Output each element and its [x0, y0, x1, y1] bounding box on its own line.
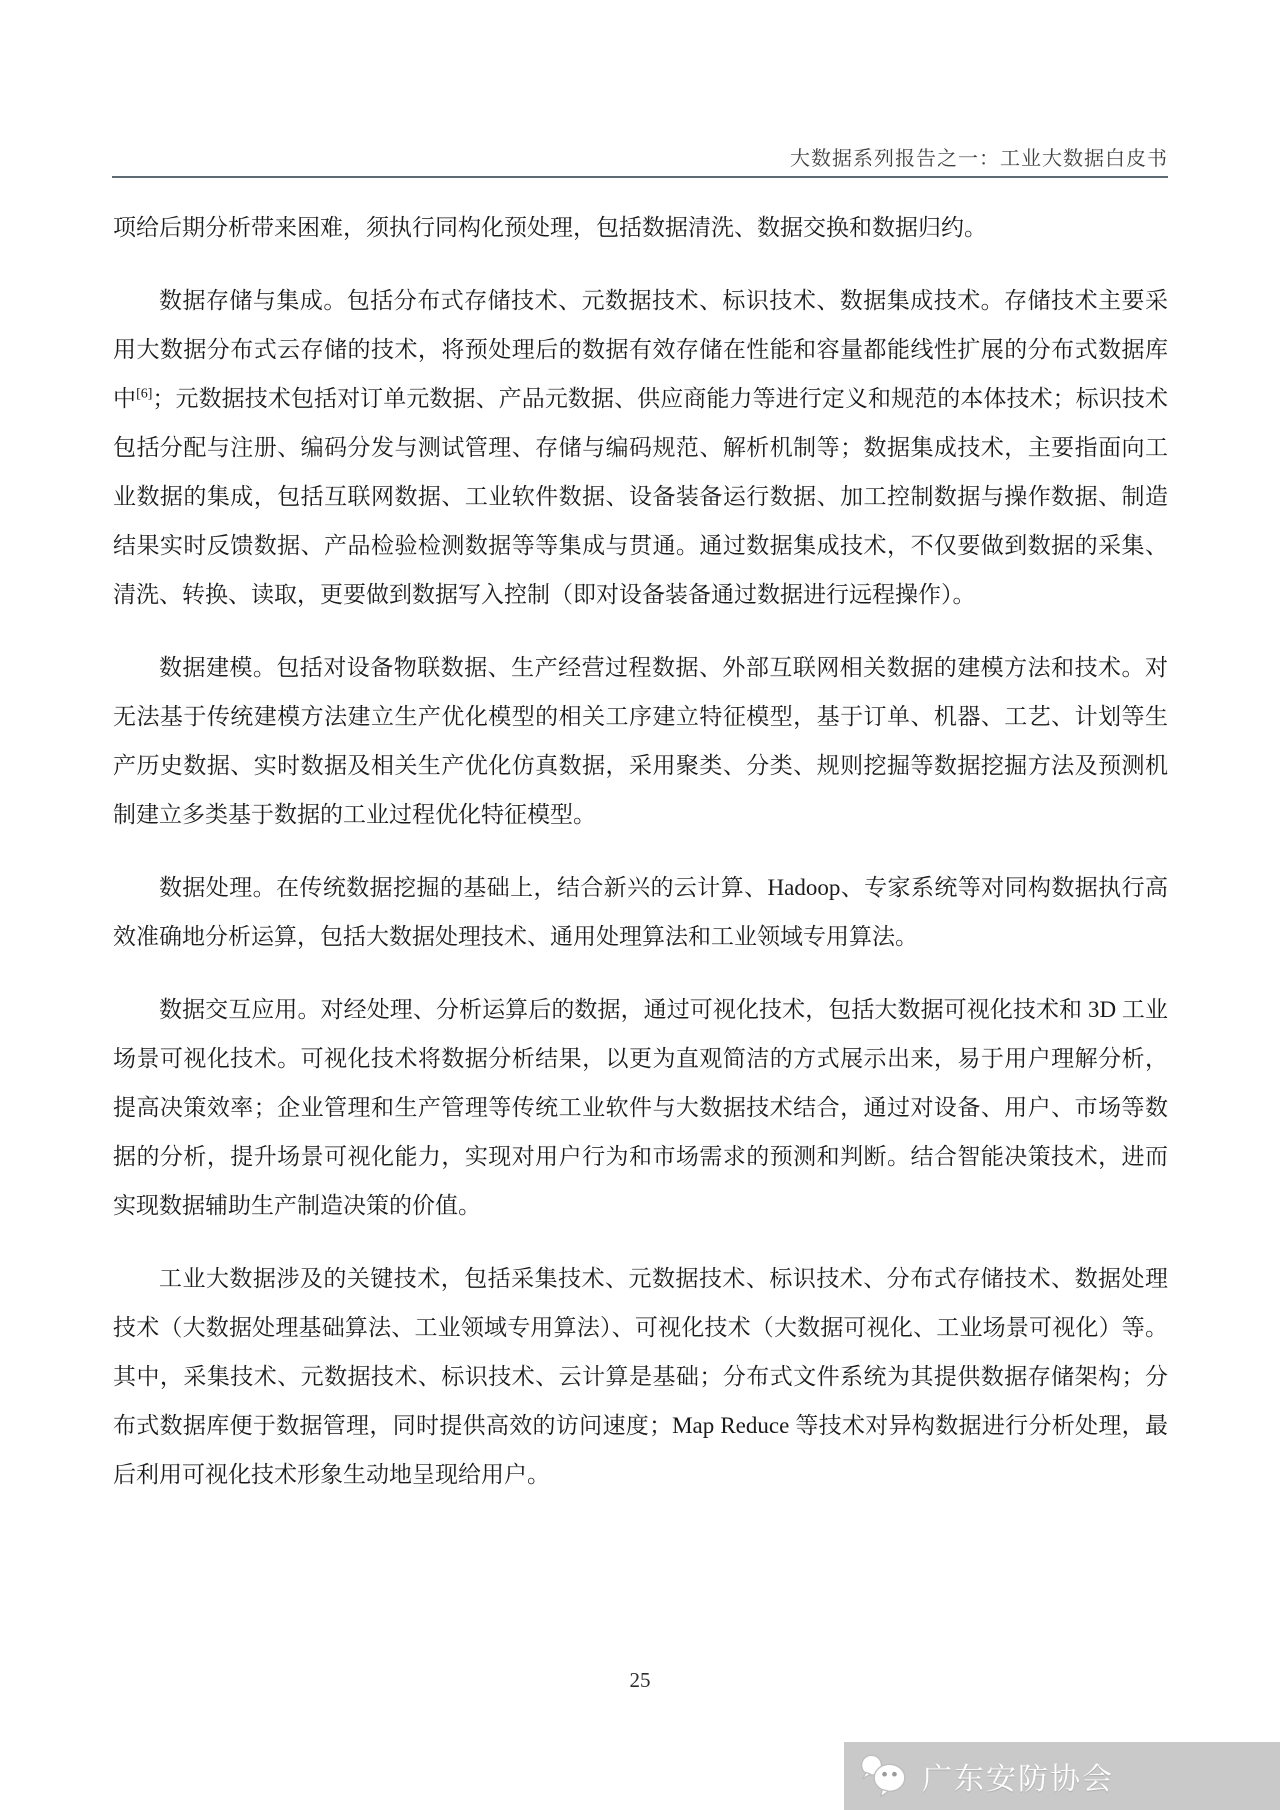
paragraph-data-modeling: 数据建模。包括对设备物联数据、生产经营过程数据、外部互联网相关数据的建模方法和技… — [113, 643, 1168, 839]
paragraph-segment: ；元数据技术包括对订单元数据、产品元数据、供应商能力等进行定义和规范的本体技术；… — [113, 386, 1168, 607]
wechat-icon — [858, 1752, 912, 1800]
watermark-banner: 广东安防协会 — [844, 1742, 1280, 1810]
body-text: 项给后期分析带来困难，须执行同构化预处理，包括数据清洗、数据交换和数据归约。 数… — [113, 203, 1168, 1523]
page-number: 25 — [0, 1668, 1280, 1693]
paragraph-data-interaction: 数据交互应用。对经处理、分析运算后的数据，通过可视化技术，包括大数据可视化技术和… — [113, 985, 1168, 1230]
paragraph-data-processing: 数据处理。在传统数据挖掘的基础上，结合新兴的云计算、Hadoop、专家系统等对同… — [113, 863, 1168, 961]
page-header-title: 大数据系列报告之一：工业大数据白皮书 — [112, 142, 1168, 171]
paragraph-continuation: 项给后期分析带来困难，须执行同构化预处理，包括数据清洗、数据交换和数据归约。 — [113, 203, 1168, 252]
document-page: 大数据系列报告之一：工业大数据白皮书 项给后期分析带来困难，须执行同构化预处理，… — [0, 0, 1280, 1810]
watermark-label: 广东安防协会 — [922, 1754, 1114, 1798]
header-divider — [112, 176, 1168, 178]
paragraph-key-technologies: 工业大数据涉及的关键技术，包括采集技术、元数据技术、标识技术、分布式存储技术、数… — [113, 1254, 1168, 1499]
paragraph-data-storage: 数据存储与集成。包括分布式存储技术、元数据技术、标识技术、数据集成技术。存储技术… — [113, 276, 1168, 619]
footnote-reference: [6] — [136, 386, 152, 401]
